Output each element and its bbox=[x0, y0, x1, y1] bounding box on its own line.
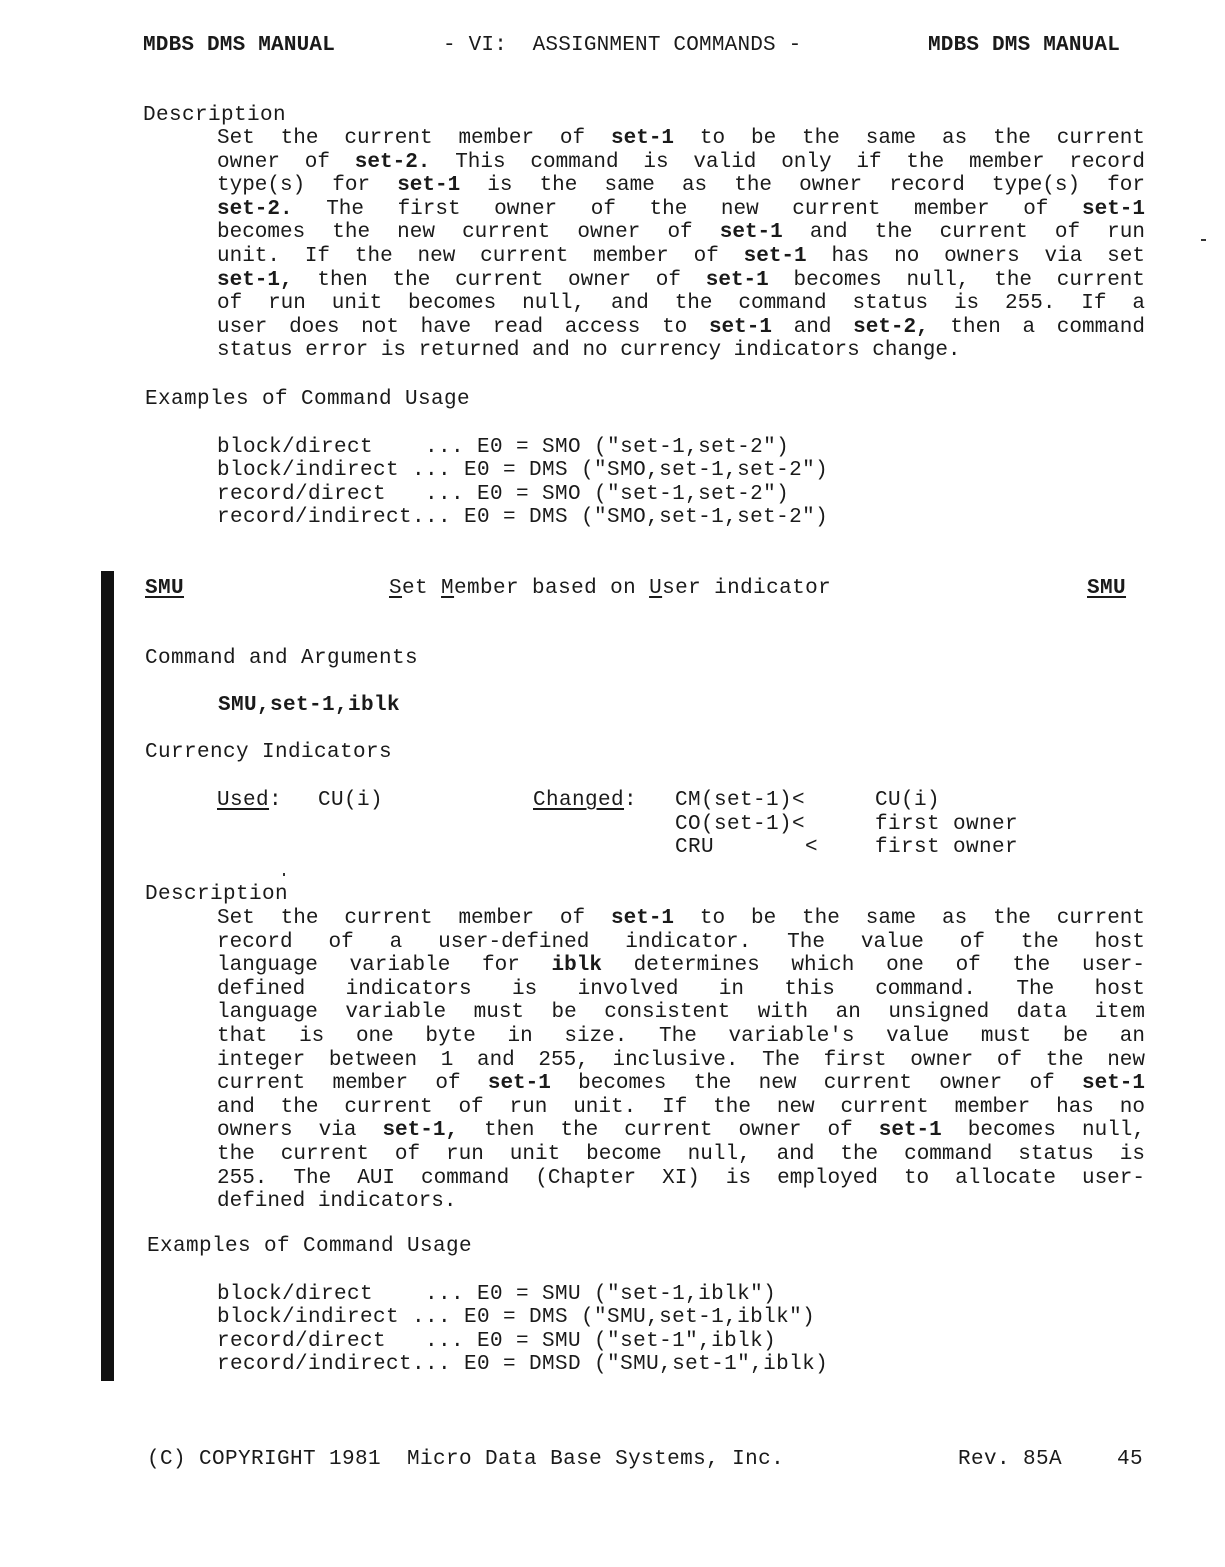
text-line: the current of run unit become null, and… bbox=[217, 1143, 1145, 1167]
changed-source: CU(i) bbox=[875, 789, 940, 813]
smu-code-right: SMU bbox=[1087, 577, 1126, 600]
changed-source: first owner bbox=[875, 836, 1018, 860]
revision-change-bar bbox=[101, 571, 114, 1381]
changed-source: first owner bbox=[875, 813, 1018, 837]
text-line: unit. If the new current member of set-1… bbox=[217, 245, 1145, 269]
smu-description-heading: Description bbox=[145, 883, 288, 906]
text-line: language variable must be consistent wit… bbox=[217, 1001, 1145, 1025]
example-line: record/indirect... E0 = DMS ("SMO,set-1,… bbox=[217, 506, 828, 530]
smo-examples-heading: Examples of Command Usage bbox=[145, 388, 470, 411]
text-line: set-2. The first owner of the new curren… bbox=[217, 198, 1145, 222]
smo-description-heading: Description bbox=[143, 104, 286, 127]
header-left: MDBS DMS MANUAL bbox=[143, 34, 335, 57]
currency-indicators-heading: Currency Indicators bbox=[145, 741, 392, 764]
text-line: user does not have read access to set-1 … bbox=[217, 316, 1145, 340]
example-line: record/direct ... E0 = SMO ("set-1,set-2… bbox=[217, 483, 789, 507]
text-line: 255. The AUI command (Chapter XI) is emp… bbox=[217, 1167, 1145, 1191]
text-line: record of a user-defined indicator. The … bbox=[217, 931, 1145, 955]
text-line: Set the current member of set-1 to be th… bbox=[217, 907, 1145, 931]
changed-label: Changed: bbox=[533, 789, 637, 813]
text-line: status error is returned and no currency… bbox=[217, 339, 1145, 363]
text-line: owner of set-2. This command is valid on… bbox=[217, 151, 1145, 175]
text-line: defined indicators. bbox=[217, 1190, 1145, 1214]
text-line: of run unit becomes null, and the comman… bbox=[217, 292, 1145, 316]
text-line: set-1, then the current owner of set-1 b… bbox=[217, 269, 1145, 293]
changed-target: CM(set-1)< bbox=[675, 789, 805, 813]
text-line: and the current of run unit. If the new … bbox=[217, 1096, 1145, 1120]
changed-target: CRU < bbox=[675, 836, 818, 860]
smu-title: Set Member based on User indicator bbox=[389, 577, 831, 600]
smo-description-paragraph: Set the current member of set-1 to be th… bbox=[217, 127, 1145, 363]
text-line: becomes the new current owner of set-1 a… bbox=[217, 221, 1145, 245]
smu-description-paragraph: Set the current member of set-1 to be th… bbox=[217, 907, 1145, 1214]
text-line: defined indicators is involved in this c… bbox=[217, 978, 1145, 1002]
example-line: record/direct ... E0 = SMU ("set-1",iblk… bbox=[217, 1330, 776, 1354]
text-line: Set the current member of set-1 to be th… bbox=[217, 127, 1145, 151]
header-chapter-title: - VI: ASSIGNMENT COMMANDS - bbox=[443, 34, 801, 57]
command-arguments-heading: Command and Arguments bbox=[145, 647, 418, 670]
text-line: language variable for iblk determines wh… bbox=[217, 954, 1145, 978]
scan-artifact-mark bbox=[1201, 239, 1206, 241]
smu-examples-heading: Examples of Command Usage bbox=[147, 1235, 472, 1258]
example-line: block/indirect ... E0 = DMS ("SMO,set-1,… bbox=[217, 459, 828, 483]
example-line: block/direct ... E0 = SMO ("set-1,set-2"… bbox=[217, 436, 789, 460]
text-line: that is one byte in size. The variable's… bbox=[217, 1025, 1145, 1049]
header-right: MDBS DMS MANUAL bbox=[928, 34, 1120, 57]
changed-target: CO(set-1)< bbox=[675, 813, 805, 837]
text-line: integer between 1 and 255, inclusive. Th… bbox=[217, 1049, 1145, 1073]
used-value: CU(i) bbox=[318, 789, 383, 813]
footer-page-number: 45 bbox=[1117, 1448, 1143, 1471]
scan-artifact-mark bbox=[283, 873, 285, 876]
footer-revision: Rev. 85A bbox=[958, 1448, 1062, 1471]
example-line: block/direct ... E0 = SMU ("set-1,iblk") bbox=[217, 1283, 776, 1307]
command-syntax: SMU,set-1,iblk bbox=[218, 694, 400, 718]
used-label: Used: bbox=[217, 789, 282, 813]
example-line: block/indirect ... E0 = DMS ("SMU,set-1,… bbox=[217, 1306, 815, 1330]
text-line: type(s) for set-1 is the same as the own… bbox=[217, 174, 1145, 198]
text-line: current member of set-1 becomes the new … bbox=[217, 1072, 1145, 1096]
footer-copyright: (C) COPYRIGHT 1981 Micro Data Base Syste… bbox=[147, 1448, 784, 1471]
example-line: record/indirect... E0 = DMSD ("SMU,set-1… bbox=[217, 1353, 828, 1377]
text-line: owners via set-1, then the current owner… bbox=[217, 1119, 1145, 1143]
smu-code-left: SMU bbox=[145, 577, 184, 600]
